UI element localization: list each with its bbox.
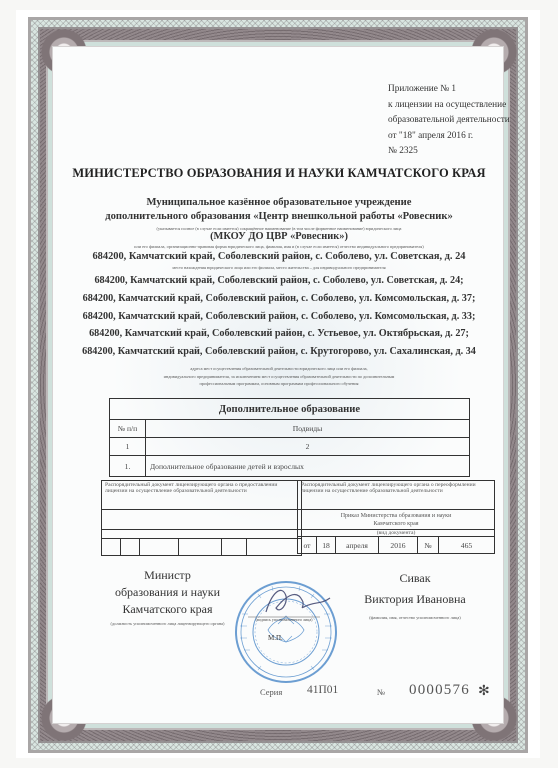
grant-day-cell — [121, 539, 140, 556]
annex-license-ref: к лицензии на осуществление — [388, 98, 510, 114]
row-subtype: Дополнительное образование детей и взрос… — [146, 456, 470, 477]
organization-short-name: (МКОУ ДО ЦВР «Ровесник») — [0, 231, 558, 242]
series-value: 41П01 — [307, 684, 338, 696]
grant-number-cell — [247, 539, 302, 556]
number-value: 0000576 — [409, 682, 470, 699]
reissue-number: 465 — [439, 537, 495, 554]
activity-address: 684200, Камчатский край, Соболевский рай… — [0, 290, 558, 308]
series-label: Серия — [260, 687, 282, 697]
doc-type-line: Камчатского края — [301, 520, 491, 528]
header-subtypes: Подвиды — [146, 420, 470, 438]
organization-legal-address: 684200, Камчатский край, Соболевский рай… — [0, 251, 558, 262]
annex-license-number: № 2325 — [388, 144, 510, 160]
header-num: № п/п — [110, 420, 146, 438]
reissue-from-label: от — [298, 537, 317, 554]
activity-address: 684200, Камчатский край, Соболевский рай… — [0, 325, 558, 343]
reissue-month: апреля — [336, 537, 379, 554]
reissue-document-date-row: от 18 апреля 2016 № 465 — [298, 537, 495, 554]
doc-type-line: Приказ Министерства образования и науки — [301, 512, 491, 520]
annex-activity: образовательной деятельности — [388, 113, 510, 129]
grant-from-cell — [102, 539, 121, 556]
caption-line: индивидуального предпринимателя, за искл… — [0, 373, 558, 381]
annex-header: Приложение № 1 к лицензии на осуществлен… — [388, 82, 510, 160]
activity-address-list: 684200, Камчатский край, Соболевский рай… — [0, 272, 558, 361]
table-header-row: № п/п Подвиды — [110, 420, 470, 438]
organization-full-name: Муниципальное казённое образовательное у… — [0, 196, 558, 224]
index-num: 1 — [110, 438, 146, 456]
reissue-year: 2016 — [379, 537, 418, 554]
table-title-row: Дополнительное образование — [110, 399, 470, 420]
grant-document-caption: Распорядительный документ лицензирующего… — [102, 481, 302, 510]
asterisk-mark-icon: ✻ — [478, 683, 490, 700]
grant-document-table: Распорядительный документ лицензирующего… — [101, 480, 302, 556]
caption-line: профессиональным программам, основным пр… — [0, 380, 558, 388]
caption-line: адреса мест осуществления образовательно… — [0, 365, 558, 373]
reissue-document-type: Приказ Министерства образования и науки … — [298, 510, 495, 530]
stamp-label: М.П. — [268, 634, 283, 642]
grant-document-date-row — [102, 539, 302, 556]
annex-date: от "18" апреля 2016 г. — [388, 129, 510, 145]
reissue-document-caption: Распорядительный документ лицензирующего… — [298, 481, 495, 510]
grant-document-type — [102, 510, 302, 530]
number-label: № — [377, 687, 385, 697]
signature-caption: (подпись уполномоченного лица) — [256, 617, 314, 622]
reissue-no-label: № — [418, 537, 439, 554]
caption-short-name: или его филиала, организационно-правовая… — [0, 244, 558, 250]
index-subtype: 2 — [146, 438, 470, 456]
reissue-document-type-caption: (вид документа) — [298, 530, 495, 537]
activity-address: 684200, Камчатский край, Соболевский рай… — [0, 343, 558, 361]
grant-month-cell — [140, 539, 179, 556]
signatory-surname: Сивак — [340, 568, 490, 589]
signatory-given-names: Виктория Ивановна — [340, 589, 490, 610]
name-caption: (фамилия, имя, отчество уполномоченного … — [340, 614, 490, 621]
activity-address: 684200, Камчатский край, Соболевский рай… — [0, 272, 558, 290]
ministry-title: МИНИСТЕРСТВО ОБРАЗОВАНИЯ И НАУКИ КАМЧАТС… — [0, 166, 558, 181]
grant-document-type-caption — [102, 530, 302, 539]
organization-name-line1: Муниципальное казённое образовательное у… — [0, 196, 558, 210]
form-serial: Серия 41П01 № 0000576 ✻ — [260, 687, 282, 697]
table-index-row: 1 2 — [110, 438, 470, 456]
grant-year-cell — [179, 539, 222, 556]
table-title: Дополнительное образование — [110, 399, 470, 420]
annex-number: Приложение № 1 — [388, 82, 510, 98]
organization-name-line2: дополнительного образования «Центр внешк… — [0, 210, 558, 224]
signatory-name: Сивак Виктория Ивановна (фамилия, имя, о… — [340, 568, 490, 621]
reissue-document-table: Распорядительный документ лицензирующего… — [297, 480, 495, 554]
caption-activity-addresses: адреса мест осуществления образовательно… — [0, 365, 558, 388]
education-types-table: Дополнительное образование № п/п Подвиды… — [109, 398, 470, 477]
table-row: 1. Дополнительное образование детей и вз… — [110, 456, 470, 477]
activity-address: 684200, Камчатский край, Соболевский рай… — [0, 308, 558, 326]
reissue-day: 18 — [317, 537, 336, 554]
official-seal-icon: (подпись уполномоченного лица) М.П. — [228, 574, 354, 684]
caption-legal-address: место нахождения юридического лица или е… — [0, 265, 558, 271]
grant-no-label-cell — [222, 539, 247, 556]
row-num: 1. — [110, 456, 146, 477]
